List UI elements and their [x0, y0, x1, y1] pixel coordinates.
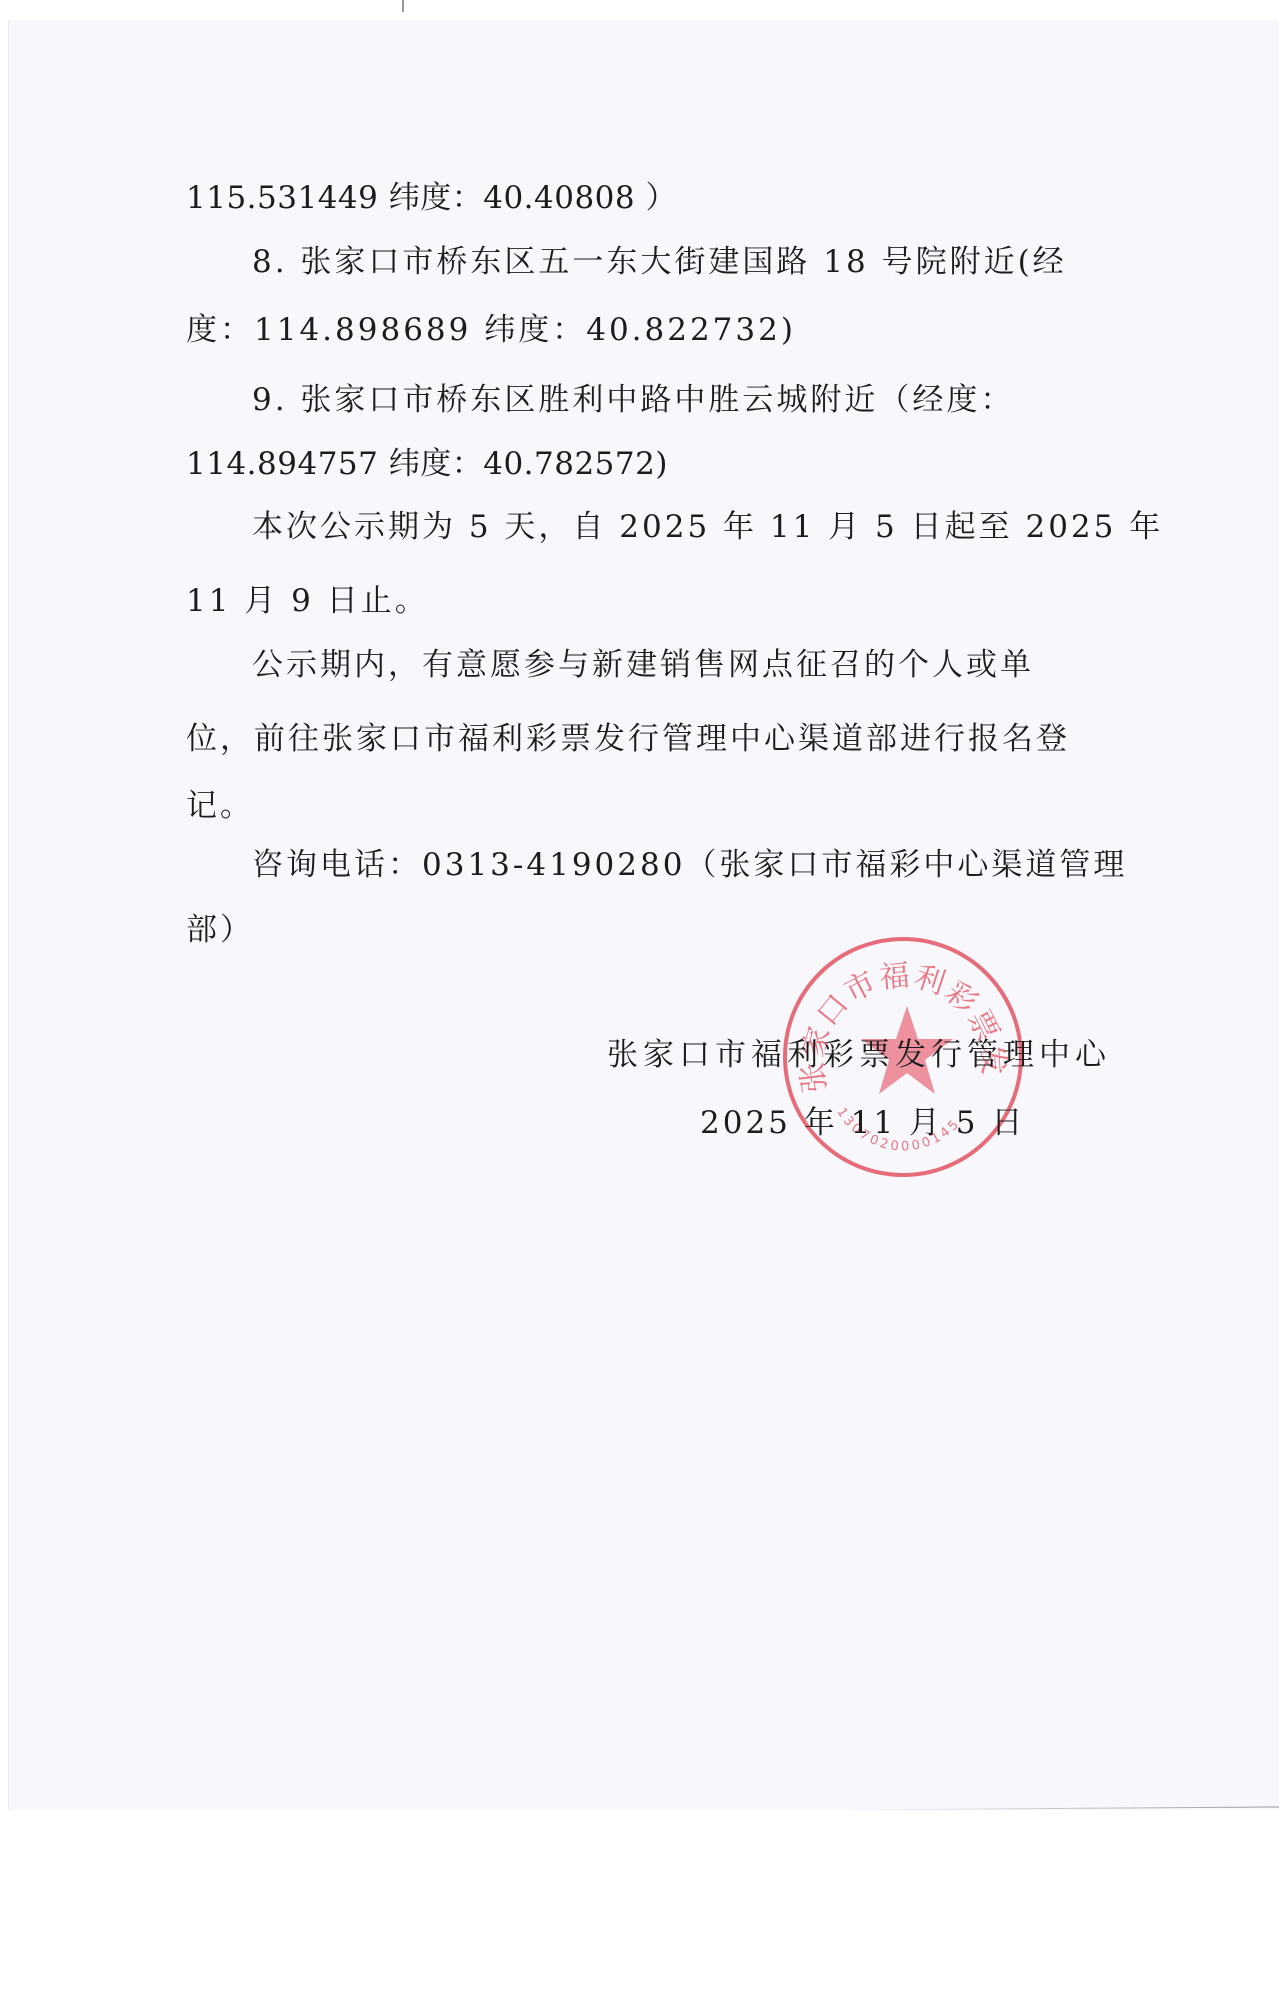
list-item-9: 9. 张家口市桥东区胜利中路中胜云城附近（经度：: [252, 380, 1014, 420]
body-line-5: 114.894757 纬度：40.782572): [186, 444, 668, 484]
body-line-12: 部）: [186, 910, 254, 950]
registration-paragraph: 公示期内，有意愿参与新建销售网点征召的个人或单: [252, 645, 1034, 685]
body-line-3: 度：114.898689 纬度：40.822732): [186, 310, 796, 350]
notice-period-paragraph: 本次公示期为 5 天，自 2025 年 11 月 5 日起至 2025 年: [252, 507, 1163, 547]
body-line-7: 11 月 9 日止。: [186, 581, 429, 621]
issuer-organization: 张家口市福利彩票发行管理中心: [607, 1035, 1111, 1075]
contact-phone-paragraph: 咨询电话：0313-4190280（张家口市福彩中心渠道管理: [252, 845, 1127, 885]
list-item-8: 8. 张家口市桥东区五一东大街建国路 18 号院附近(经: [252, 242, 1067, 282]
body-line-9: 位，前往张家口市福利彩票发行管理中心渠道部进行报名登: [186, 719, 1070, 759]
body-line-10: 记。: [186, 786, 254, 826]
issue-date: 2025 年 11 月 5 日: [700, 1103, 1025, 1143]
body-line-1: 115.531449 纬度：40.40808 ）: [186, 178, 677, 218]
scan-artifact-mark: [402, 0, 404, 12]
